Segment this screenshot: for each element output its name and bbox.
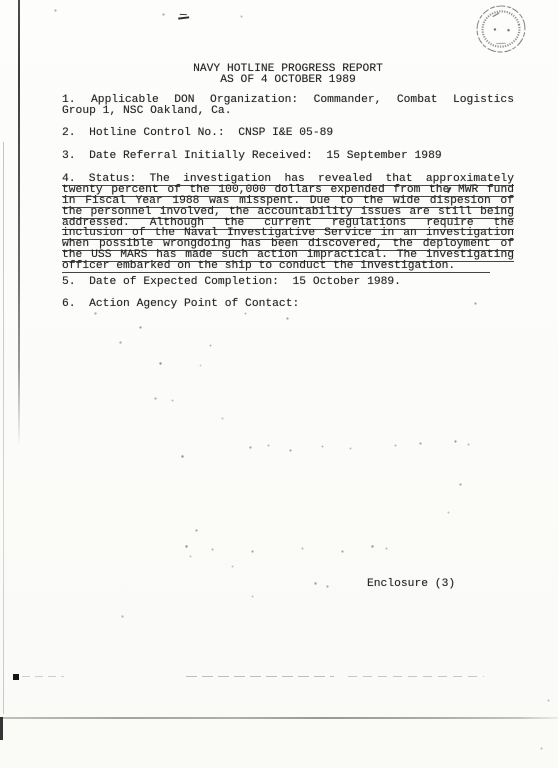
item-1-line-2: Group 1, NSC Oakland, Ca.: [62, 106, 514, 117]
item-2-hotline-control-no: 2. Hotline Control No.: CNSP I&E 05-89: [62, 128, 514, 139]
item-6-action-agency-poc: 6. Action Agency Point of Contact:: [62, 299, 514, 310]
ink-smudge: [178, 13, 190, 19]
page-bottom-crease-line: [0, 717, 558, 719]
scan-dashed-line: [186, 676, 334, 677]
document-title-line2: AS OF 4 OCTOBER 1989: [62, 75, 514, 86]
scan-vertical-line: [18, 0, 20, 446]
scan-dashed-line: [22, 676, 64, 677]
scan-edge-tick: [0, 717, 3, 740]
item-5-expected-completion: 5. Date of Expected Completion: 15 Octob…: [62, 277, 514, 288]
status-paragraph-line: officer embarked on the ship to conduct …: [62, 261, 490, 273]
scan-black-square-mark: [13, 674, 19, 680]
item-3-date-referral-received: 3. Date Referral Initially Received: 15 …: [62, 151, 514, 162]
circular-ink-stamp-icon: [466, 0, 535, 62]
scan-noise-specks: [0, 0, 1, 1]
enclosure-label: Enclosure (3): [367, 579, 487, 590]
scan-dashed-line: [348, 676, 484, 677]
scanned-document-page: NAVY HOTLINE PROGRESS REPORT AS OF 4 OCT…: [0, 0, 558, 768]
scan-edge-line: [3, 142, 4, 714]
